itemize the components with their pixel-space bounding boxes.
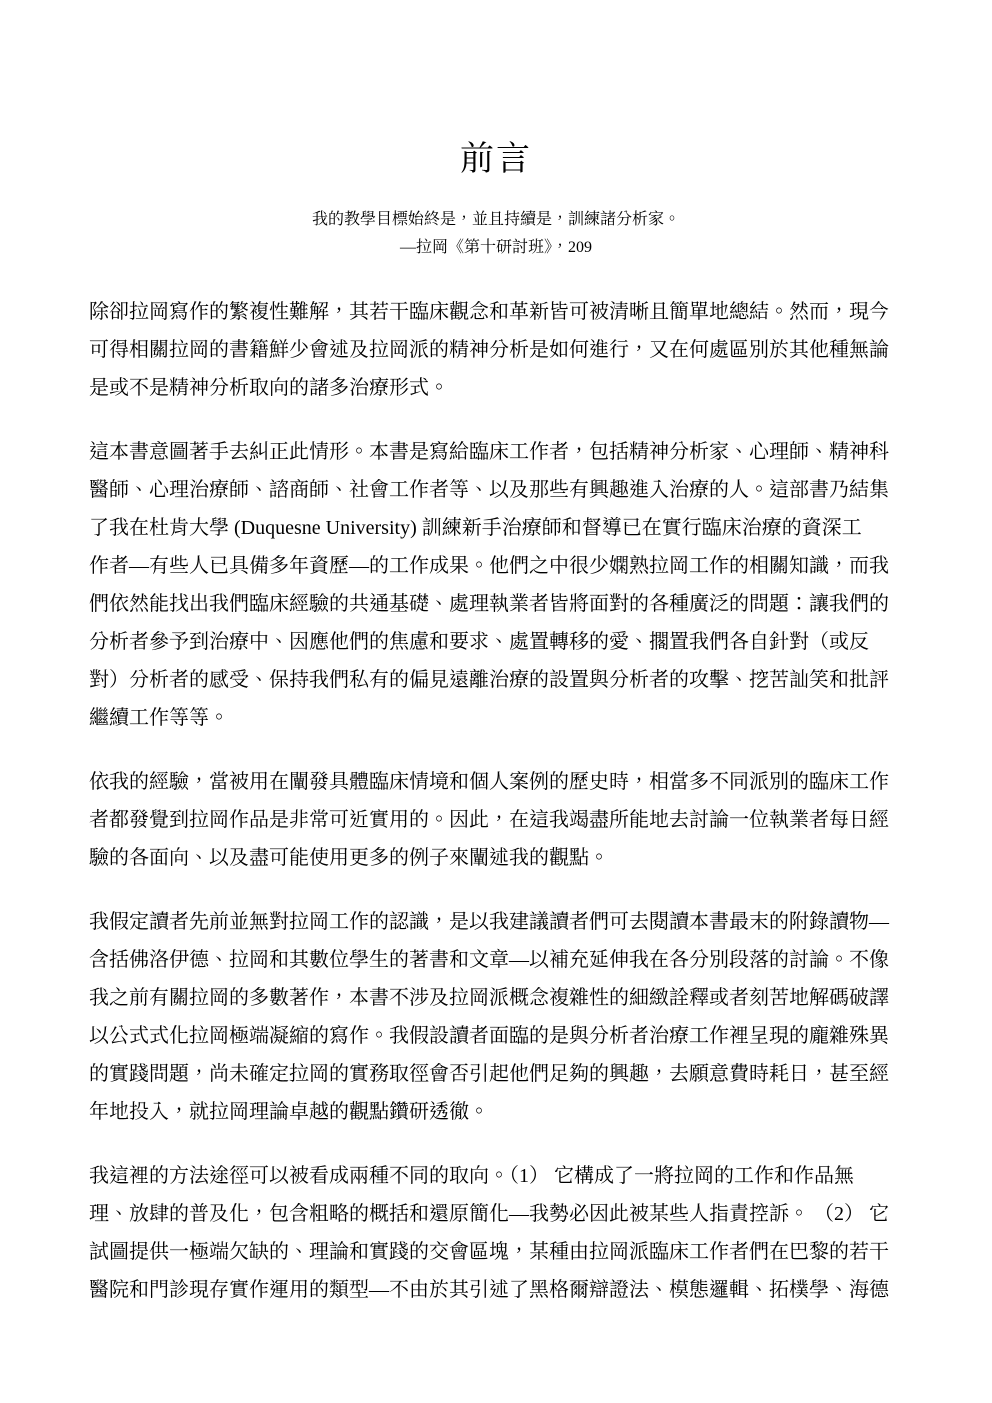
text-line: 可得相關拉岡的書籍鮮少會述及拉岡派的精神分析是如何進行，又在何處區別於其他種無論 xyxy=(89,331,905,369)
epigraph-quote: 我的教學目標始終是，並且持續是，訓練諸分析家。 xyxy=(0,206,992,234)
text-line: 試圖提供一極端欠缺的、理論和實踐的交會區塊，某種由拉岡派臨床工作者們在巴黎的若干 xyxy=(89,1233,905,1271)
text-line: 們依然能找出我們臨床經驗的共通基礎、處理執業者皆將面對的各種廣泛的問題：讓我們的 xyxy=(89,585,905,623)
text-line: 了我在杜肯大學 (Duquesne University) 訓練新手治療師和督導… xyxy=(89,509,905,547)
text-line: 是或不是精神分析取向的諸多治療形式。 xyxy=(89,369,905,407)
text-line: 醫院和門診現存實作運用的類型—不由於其引述了黑格爾辯證法、模態邏輯、拓樸學、海德 xyxy=(89,1271,905,1309)
text-line: 我這裡的方法途徑可以被看成兩種不同的取向。（1） 它構成了一將拉岡的工作和作品無 xyxy=(89,1157,905,1195)
paragraph: 依我的經驗，當被用在闡發具體臨床情境和個人案例的歷史時，相當多不同派別的臨床工作… xyxy=(89,763,905,877)
text-line: 作者—有些人已具備多年資歷—的工作成果。他們之中很少嫻熟拉岡工作的相關知識，而我 xyxy=(89,547,905,585)
text-line: 理、放肆的普及化，包含粗略的概括和還原簡化—我勢必因此被某些人指責控訴。 （2）… xyxy=(89,1195,905,1233)
paragraph: 除卻拉岡寫作的繁複性難解，其若干臨床觀念和革新皆可被清晰且簡單地總結。然而，現今… xyxy=(89,293,905,407)
text-line: 驗的各面向、以及盡可能使用更多的例子來闡述我的觀點。 xyxy=(89,839,905,877)
paragraph: 我假定讀者先前並無對拉岡工作的認識，是以我建議讀者們可去閱讀本書最末的附錄讀物—… xyxy=(89,903,905,1131)
text-line: 依我的經驗，當被用在闡發具體臨床情境和個人案例的歷史時，相當多不同派別的臨床工作 xyxy=(89,763,905,801)
text-line: 對）分析者的感受、保持我們私有的偏見遠離治療的設置與分析者的攻擊、挖苦訕笑和批評 xyxy=(89,661,905,699)
epigraph-attribution: —拉岡《第十研討班》，209 xyxy=(0,234,992,262)
document-body: 除卻拉岡寫作的繁複性難解，其若干臨床觀念和革新皆可被清晰且簡單地總結。然而，現今… xyxy=(89,293,905,1309)
text-line: 者都發覺到拉岡作品是非常可近實用的。因此，在這我竭盡所能地去討論一位執業者每日經 xyxy=(89,801,905,839)
document-page: 前言 我的教學目標始終是，並且持續是，訓練諸分析家。 —拉岡《第十研討班》，20… xyxy=(0,0,992,1403)
text-line: 這本書意圖著手去糾正此情形。本書是寫給臨床工作者，包括精神分析家、心理師、精神科 xyxy=(89,433,905,471)
page-title: 前言 xyxy=(0,0,992,181)
text-line: 繼續工作等等。 xyxy=(89,699,905,737)
text-line: 我假定讀者先前並無對拉岡工作的認識，是以我建議讀者們可去閱讀本書最末的附錄讀物— xyxy=(89,903,905,941)
text-line: 醫師、心理治療師、諮商師、社會工作者等、以及那些有興趣進入治療的人。這部書乃結集 xyxy=(89,471,905,509)
text-line: 的實踐問題，尚未確定拉岡的實務取徑會否引起他們足夠的興趣，去願意費時耗日，甚至經 xyxy=(89,1055,905,1093)
epigraph: 我的教學目標始終是，並且持續是，訓練諸分析家。 —拉岡《第十研討班》，209 xyxy=(0,206,992,262)
text-line: 我之前有關拉岡的多數著作，本書不涉及拉岡派概念複雜性的細緻詮釋或者刻苦地解碼破譯 xyxy=(89,979,905,1017)
text-line: 除卻拉岡寫作的繁複性難解，其若干臨床觀念和革新皆可被清晰且簡單地總結。然而，現今 xyxy=(89,293,905,331)
text-line: 含括佛洛伊德、拉岡和其數位學生的著書和文章—以補充延伸我在各分別段落的討論。不像 xyxy=(89,941,905,979)
text-line: 以公式式化拉岡極端凝縮的寫作。我假設讀者面臨的是與分析者治療工作裡呈現的龐雜殊異 xyxy=(89,1017,905,1055)
paragraph: 這本書意圖著手去糾正此情形。本書是寫給臨床工作者，包括精神分析家、心理師、精神科… xyxy=(89,433,905,737)
text-line: 年地投入，就拉岡理論卓越的觀點鑽研透徹。 xyxy=(89,1093,905,1131)
paragraph: 我這裡的方法途徑可以被看成兩種不同的取向。（1） 它構成了一將拉岡的工作和作品無… xyxy=(89,1157,905,1309)
text-line: 分析者參予到治療中、因應他們的焦慮和要求、處置轉移的愛、擱置我們各自針對（或反 xyxy=(89,623,905,661)
